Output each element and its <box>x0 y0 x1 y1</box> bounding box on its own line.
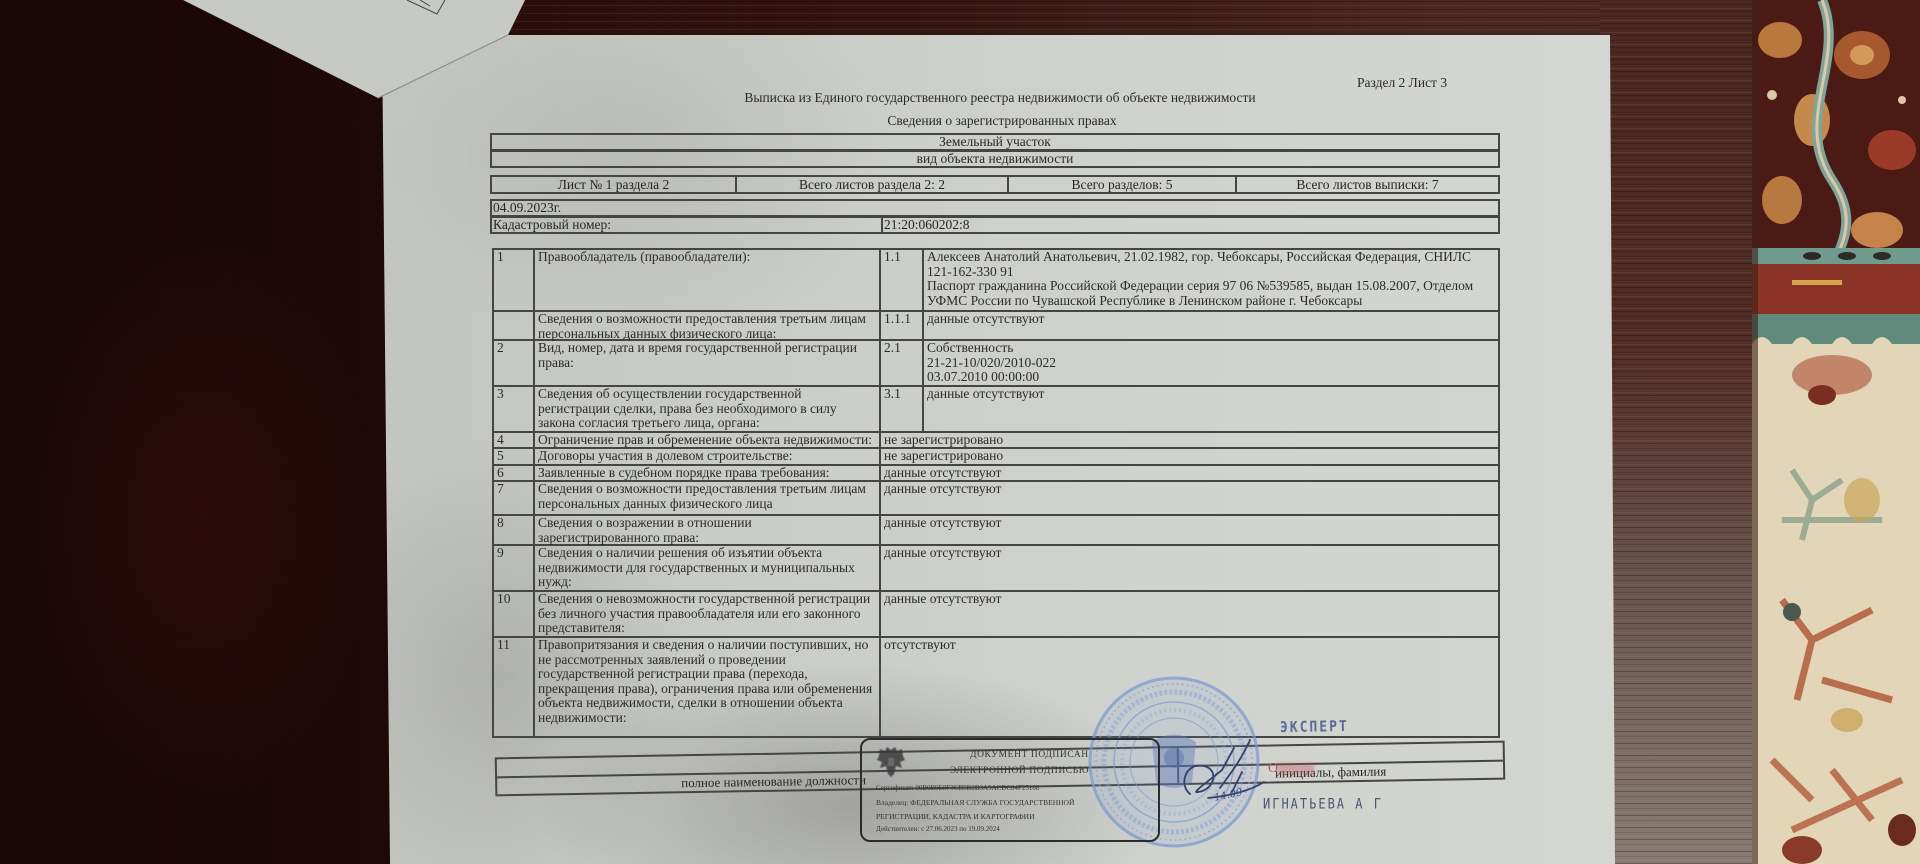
row-value: данные отсутствуют <box>881 482 1498 514</box>
row-number: 4 <box>494 433 535 448</box>
table-row: 1 Правообладатель (правообладатели): 1.1… <box>494 250 1500 312</box>
row-value: не зарегистрировано <box>881 433 1498 448</box>
row-number: 8 <box>494 516 535 545</box>
row-number: 1 <box>494 250 535 310</box>
row-subnumber: 1.1.1 <box>881 312 924 341</box>
position-caption: полное наименование должности <box>681 772 866 790</box>
object-type-caption: вид объекта недвижимости <box>490 150 1500 168</box>
row-value: данные отсутствуют <box>881 592 1498 636</box>
cadastral-number: 21:20:060202:8 <box>881 218 970 232</box>
cadastral-row: Кадастровый номер: 21:20:060202:8 <box>490 216 1500 234</box>
overlapping-paper-sheet <box>0 0 620 120</box>
esig-owner-line2: РЕГИСТРАЦИИ, КАДАСТРА И КАРТОГРАФИИ <box>876 812 1035 821</box>
table-row: 11 Правопритязания и сведения о наличии … <box>494 638 1500 738</box>
electronic-signature-stamp: ДОКУМЕНТ ПОДПИСАН ЭЛЕКТРОННОЙ ПОДПИСЬЮ С… <box>860 738 1160 842</box>
sheet-info-row: Лист № 1 раздела 2 Всего листов раздела … <box>490 175 1500 194</box>
row-label: Сведения о невозможности государственной… <box>535 592 881 636</box>
registered-rights-table: 1 Правообладатель (правообладатели): 1.1… <box>492 248 1500 738</box>
table-row: 7 Сведения о возможности предоставления … <box>494 482 1500 516</box>
row-subnumber: 3.1 <box>881 387 924 431</box>
esig-title-line2: ЭЛЕКТРОННОЙ ПОДПИСЬЮ <box>950 766 1089 776</box>
row-label: Договоры участия в долевом строительстве… <box>535 449 881 464</box>
table-row: Сведения о возможности предоставления тр… <box>494 312 1500 341</box>
row-number: 3 <box>494 387 535 431</box>
row-label: Сведения об осуществлении государственно… <box>535 387 881 431</box>
row-value: данные отсутствуют <box>881 466 1498 481</box>
red-ink-smear <box>1278 763 1314 775</box>
table-row: 3 Сведения об осуществлении государствен… <box>494 387 1500 433</box>
table-row: 4 Ограничение прав и обременение объекта… <box>494 433 1500 449</box>
row-label: Вид, номер, дата и время государственной… <box>535 341 881 385</box>
row-value: данные отсутствуют <box>881 546 1498 590</box>
row-subnumber: 2.1 <box>881 341 924 385</box>
row-value: данные отсутствуют <box>924 312 1498 341</box>
date-row: 04.09.2023г. <box>490 199 1500 217</box>
name-stamp: ИГНАТЬЕВА А Г <box>1263 796 1383 812</box>
row-value: данные отсутствуют <box>924 387 1498 431</box>
row-subnumber: 1.1 <box>881 250 924 310</box>
row-label: Сведения о возражении в отношении зареги… <box>535 516 881 545</box>
esig-validity: Действителен: с 27.06.2023 по 19.09.2024 <box>876 825 1000 833</box>
table-row: 6 Заявленные в судебном порядке права тр… <box>494 466 1500 482</box>
row-value: данные отсутствуют <box>881 516 1498 545</box>
table-row: 8 Сведения о возражении в отношении заре… <box>494 516 1500 546</box>
row-label: Заявленные в судебном порядке права треб… <box>535 466 881 481</box>
wood-surface-right <box>1600 0 1756 864</box>
extract-sheets-total: Всего листов выписки: 7 <box>1237 177 1498 192</box>
sections-total: Всего разделов: 5 <box>1009 177 1237 192</box>
row-label: Сведения о наличии решения об изъятии об… <box>535 546 881 590</box>
row-value: не зарегистрировано <box>881 449 1498 464</box>
sheet-number: Лист № 1 раздела 2 <box>492 177 737 192</box>
esig-owner-line1: Владелец: ФЕДЕРАЛЬНАЯ СЛУЖБА ГОСУДАРСТВЕ… <box>876 798 1074 807</box>
row-label: Правопритязания и сведения о наличии пос… <box>535 638 881 736</box>
row-label: Правообладатель (правообладатели): <box>535 250 881 310</box>
row-number: 6 <box>494 466 535 481</box>
coat-of-arms-icon <box>876 746 906 778</box>
table-row: 5 Договоры участия в долевом строительст… <box>494 449 1500 466</box>
red-ink-mark: О <box>1268 761 1278 777</box>
section-sheet-label: Раздел 2 Лист 3 <box>1357 75 1447 90</box>
row-number: 2 <box>494 341 535 385</box>
document-subtitle: Сведения о зарегистрированных правах <box>887 113 1116 128</box>
row-value: Алексеев Анатолий Анатольевич, 21.02.198… <box>924 250 1498 310</box>
row-number: 7 <box>494 482 535 514</box>
object-type-value: Земельный участок <box>490 133 1500 151</box>
row-number <box>494 312 535 341</box>
carpet <box>1752 0 1920 864</box>
table-row: 10 Сведения о невозможности государствен… <box>494 592 1500 638</box>
cadastral-label: Кадастровый номер: <box>492 217 611 232</box>
esig-certificate: Сертификат: 00B0B9E8F3CB5B2B3A5ACDC84F25… <box>876 784 1039 792</box>
esig-title-line1: ДОКУМЕНТ ПОДПИСАН <box>970 750 1089 760</box>
position-stamp: ЭКСПЕРТ <box>1280 718 1349 736</box>
table-row: 2 Вид, номер, дата и время государственн… <box>494 341 1500 387</box>
row-number: 11 <box>494 638 535 736</box>
row-label: Сведения о возможности предоставления тр… <box>535 482 881 514</box>
section-sheets-total: Всего листов раздела 2: 2 <box>737 177 1009 192</box>
table-row: 9 Сведения о наличии решения об изъятии … <box>494 546 1500 592</box>
row-value: Собственность 21-21-10/020/2010-022 03.0… <box>924 341 1498 385</box>
row-number: 10 <box>494 592 535 636</box>
row-label: Сведения о возможности предоставления тр… <box>535 312 881 341</box>
row-number: 5 <box>494 449 535 464</box>
document-title: Выписка из Единого государственного реес… <box>744 90 1255 105</box>
dark-table-surface <box>0 0 390 864</box>
row-number: 9 <box>494 546 535 590</box>
row-label: Ограничение прав и обременение объекта н… <box>535 433 881 448</box>
extract-date: 04.09.2023г. <box>492 200 561 215</box>
